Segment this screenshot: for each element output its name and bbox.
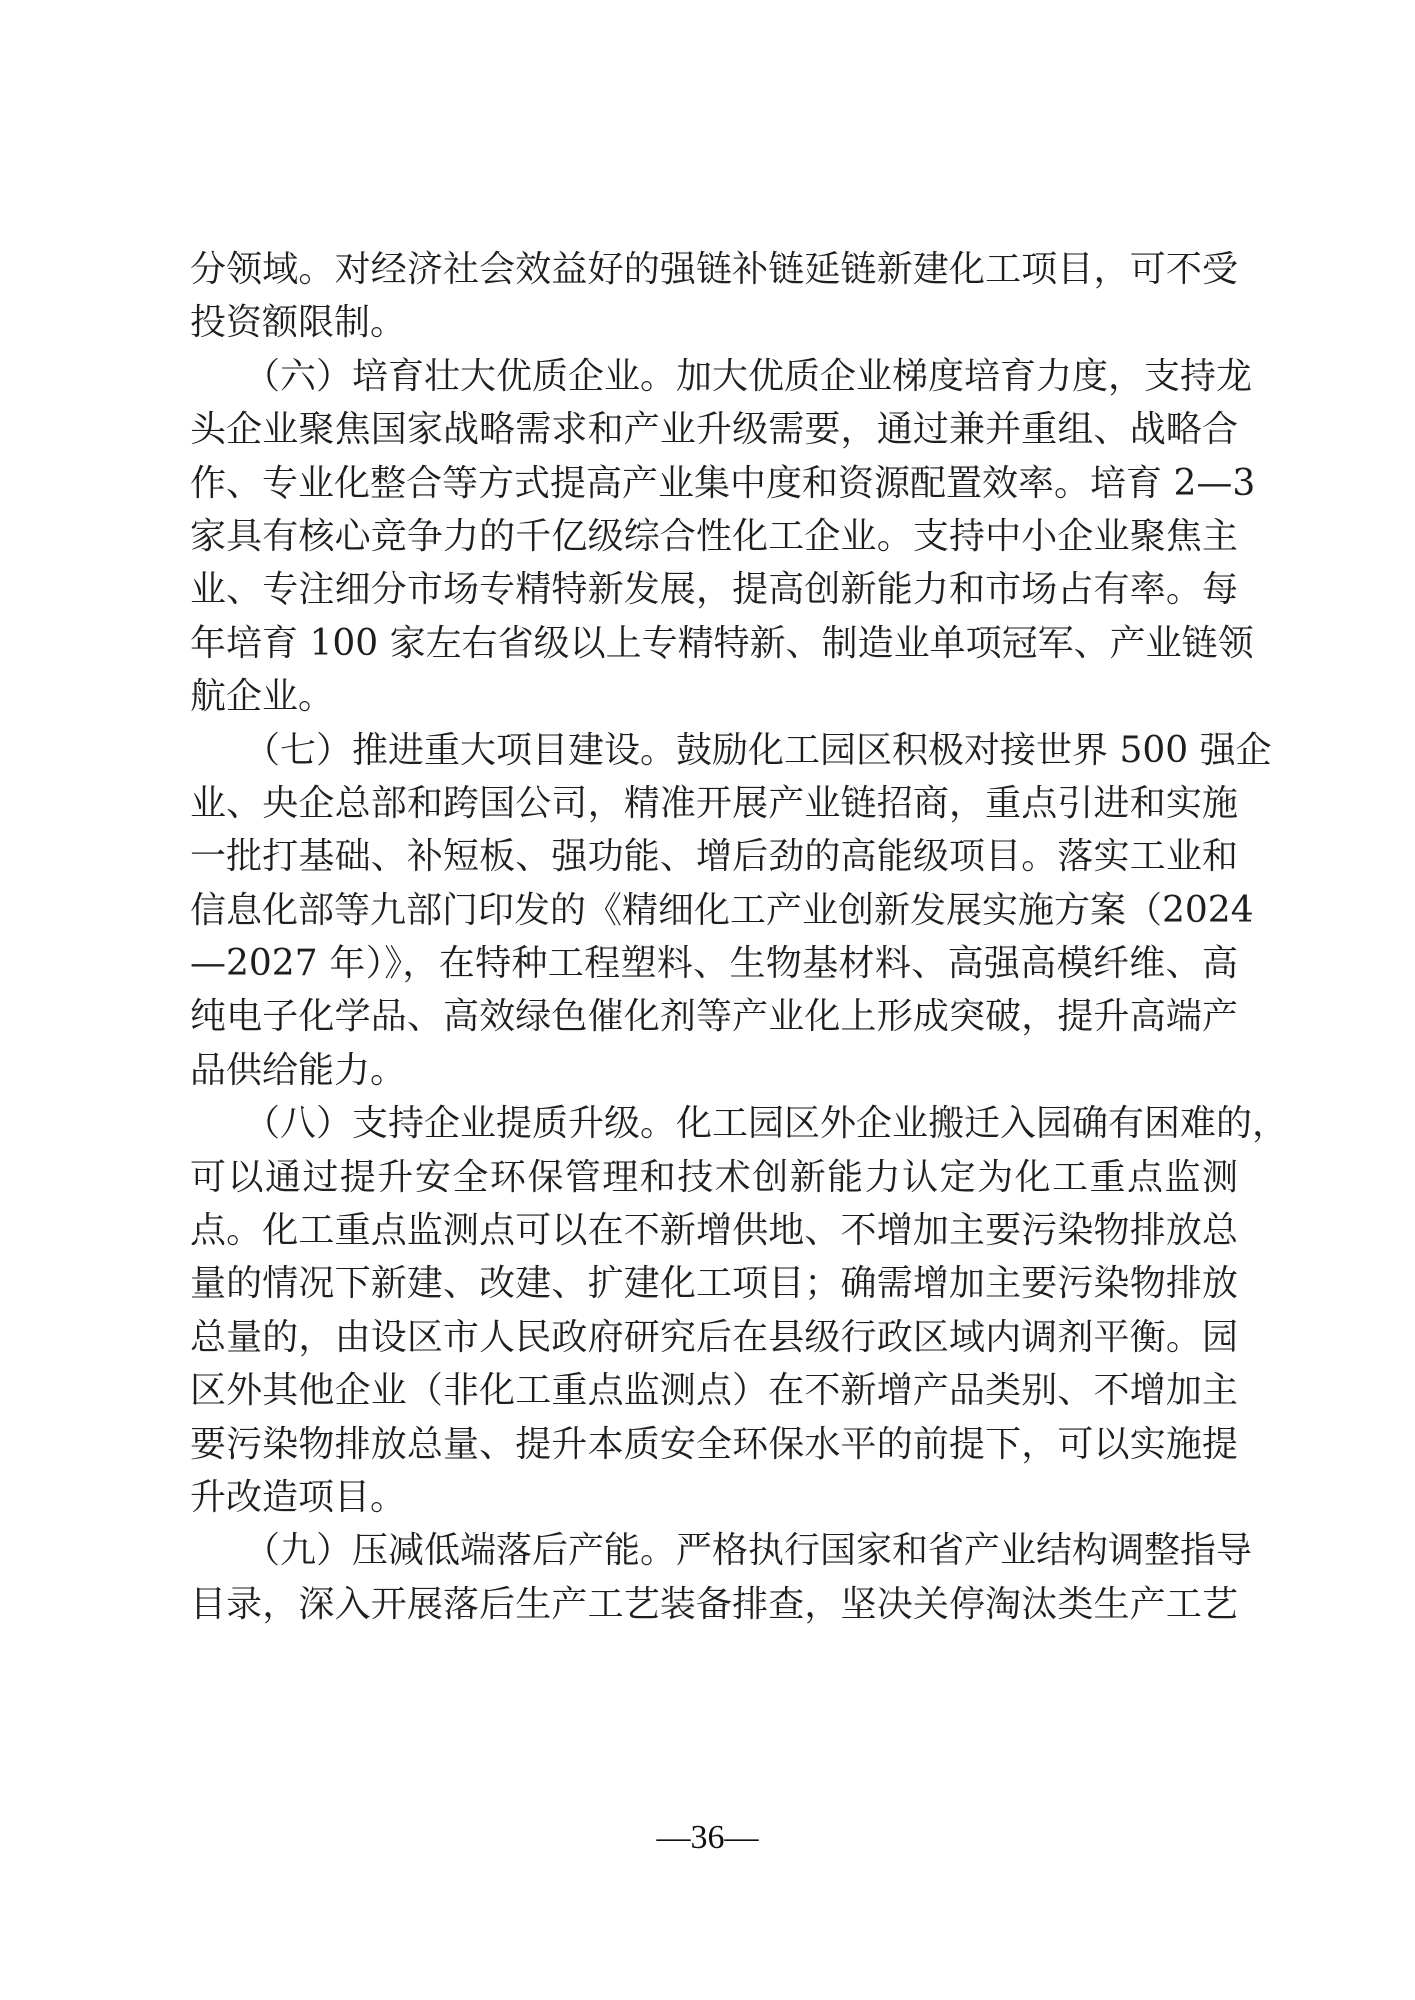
text-line: 纯电子化学品、高效绿色催化剂等产业化上形成突破，提升高端产 — [190, 990, 1238, 1043]
text-line: 目录，深入开展落后生产工艺装备排查，坚决关停淘汰类生产工艺 — [190, 1578, 1238, 1631]
text-line: 量的情况下新建、改建、扩建化工项目；确需增加主要污染物排放 — [190, 1257, 1238, 1310]
page-number: —36— — [0, 1818, 1415, 1858]
text-line: 年培育 100 家左右省级以上专精特新、制造业单项冠军、产业链领 — [190, 617, 1238, 670]
section-heading-line: （八）支持企业提质升级。化工园区外企业搬迁入园确有困难的， — [190, 1097, 1238, 1150]
text-line: 总量的，由设区市人民政府研究后在县级行政区域内调剂平衡。园 — [190, 1311, 1238, 1364]
body-text: 分领域。对经济社会效益好的强链补链延链新建化工项目，可不受 投资额限制。 （六）… — [190, 243, 1238, 1631]
text-line: 品供给能力。 — [190, 1044, 1238, 1097]
text-line: 区外其他企业（非化工重点监测点）在不新增产品类别、不增加主 — [190, 1364, 1238, 1417]
text-line: 航企业。 — [190, 670, 1238, 723]
text-line: 升改造项目。 — [190, 1471, 1238, 1524]
text-line: —2027 年）》，在特种工程塑料、生物基材料、高强高模纤维、高 — [190, 937, 1238, 990]
text-line: 头企业聚焦国家战略需求和产业升级需要，通过兼并重组、战略合 — [190, 403, 1238, 456]
text-line: 作、专业化整合等方式提高产业集中度和资源配置效率。培育 2—3 — [190, 457, 1238, 510]
section-heading-line: （七）推进重大项目建设。鼓励化工园区积极对接世界 500 强企 — [190, 724, 1238, 777]
text-line: 一批打基础、补短板、强功能、增后劲的高能级项目。落实工业和 — [190, 830, 1238, 883]
section-heading-line: （九）压减低端落后产能。严格执行国家和省产业结构调整指导 — [190, 1524, 1238, 1577]
document-page: 分领域。对经济社会效益好的强链补链延链新建化工项目，可不受 投资额限制。 （六）… — [0, 0, 1415, 2000]
text-line: 信息化部等九部门印发的《精细化工产业创新发展实施方案（2024 — [190, 884, 1238, 937]
text-line: 投资额限制。 — [190, 296, 1238, 349]
text-line: 点。化工重点监测点可以在不新增供地、不增加主要污染物排放总 — [190, 1204, 1238, 1257]
section-heading-line: （六）培育壮大优质企业。加大优质企业梯度培育力度，支持龙 — [190, 350, 1238, 403]
text-line: 可以通过提升安全环保管理和技术创新能力认定为化工重点监测 — [190, 1151, 1238, 1204]
text-line: 业、专注细分市场专精特新发展，提高创新能力和市场占有率。每 — [190, 563, 1238, 616]
text-line: 分领域。对经济社会效益好的强链补链延链新建化工项目，可不受 — [190, 243, 1238, 296]
text-line: 业、央企总部和跨国公司，精准开展产业链招商，重点引进和实施 — [190, 777, 1238, 830]
text-line: 要污染物排放总量、提升本质安全环保水平的前提下，可以实施提 — [190, 1418, 1238, 1471]
text-line: 家具有核心竞争力的千亿级综合性化工企业。支持中小企业聚焦主 — [190, 510, 1238, 563]
